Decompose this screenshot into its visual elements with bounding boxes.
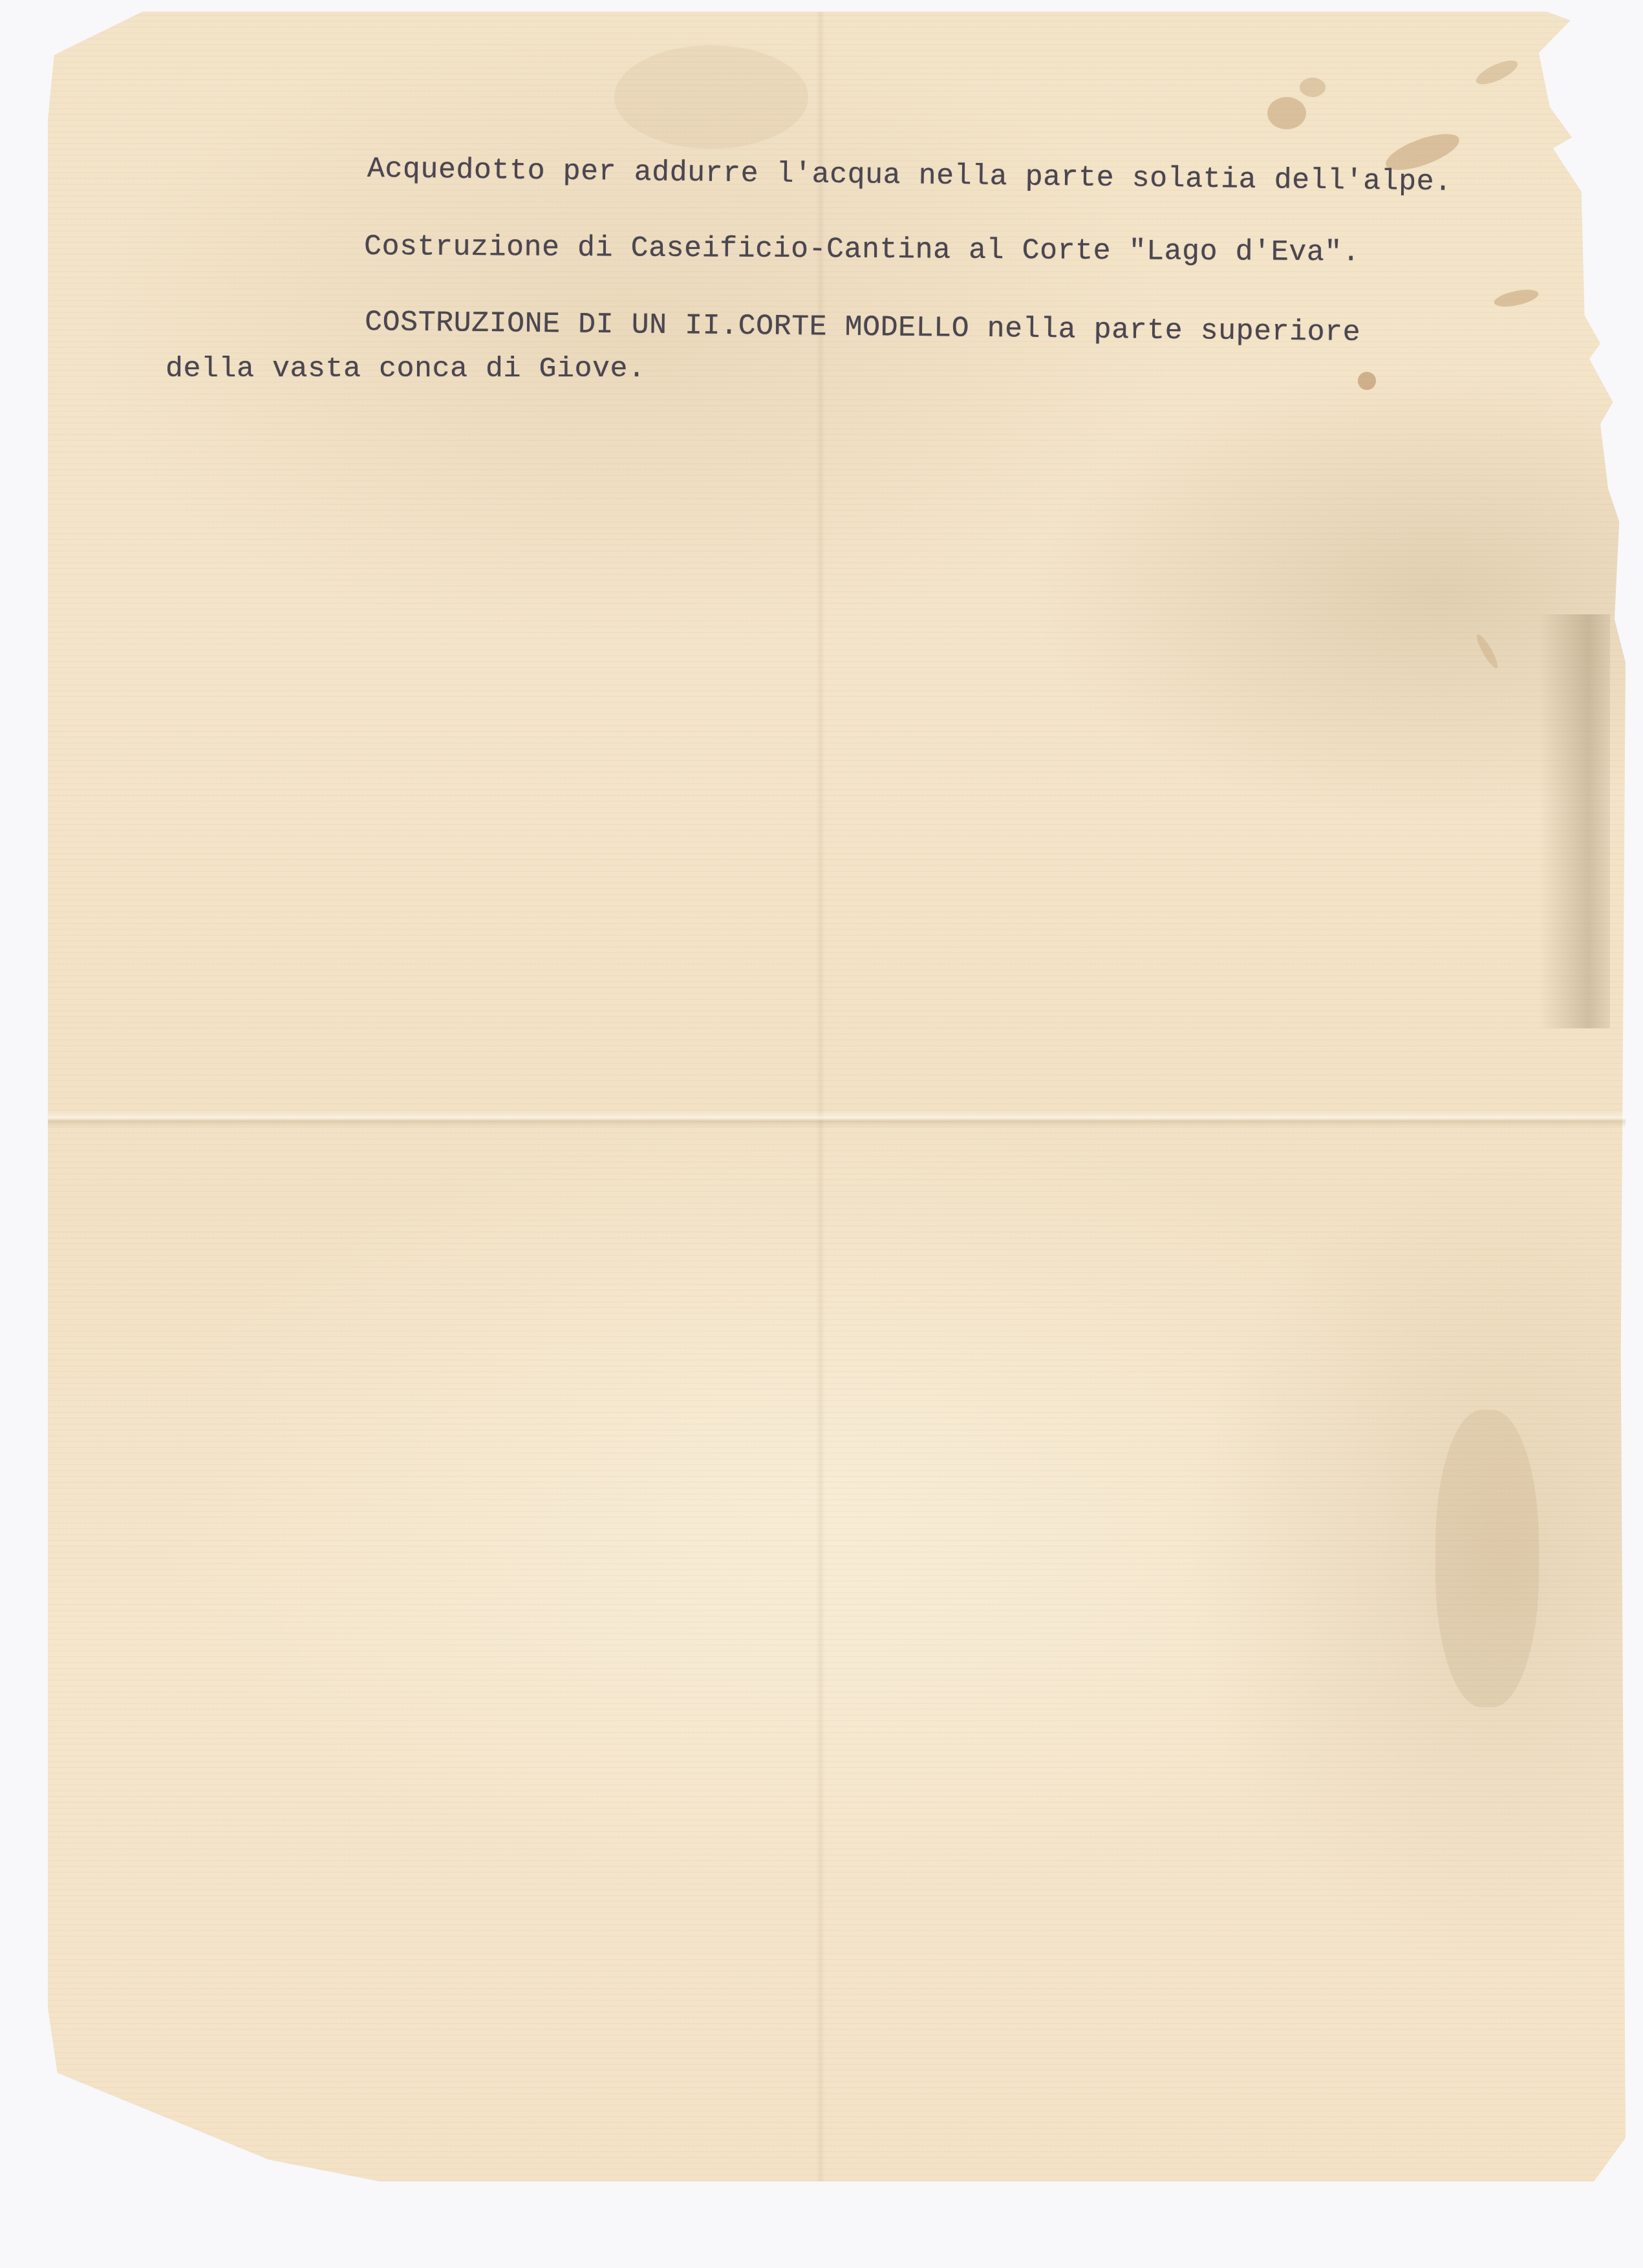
typed-line-dairy-cellar: Costruzione di Caseificio-Cantina al Cor… — [364, 230, 1360, 269]
scanned-document: Acquedotto per addurre l'acqua nella par… — [0, 0, 1643, 2268]
typed-line-model-court-continued: della vasta conca di Giove. — [166, 352, 646, 385]
